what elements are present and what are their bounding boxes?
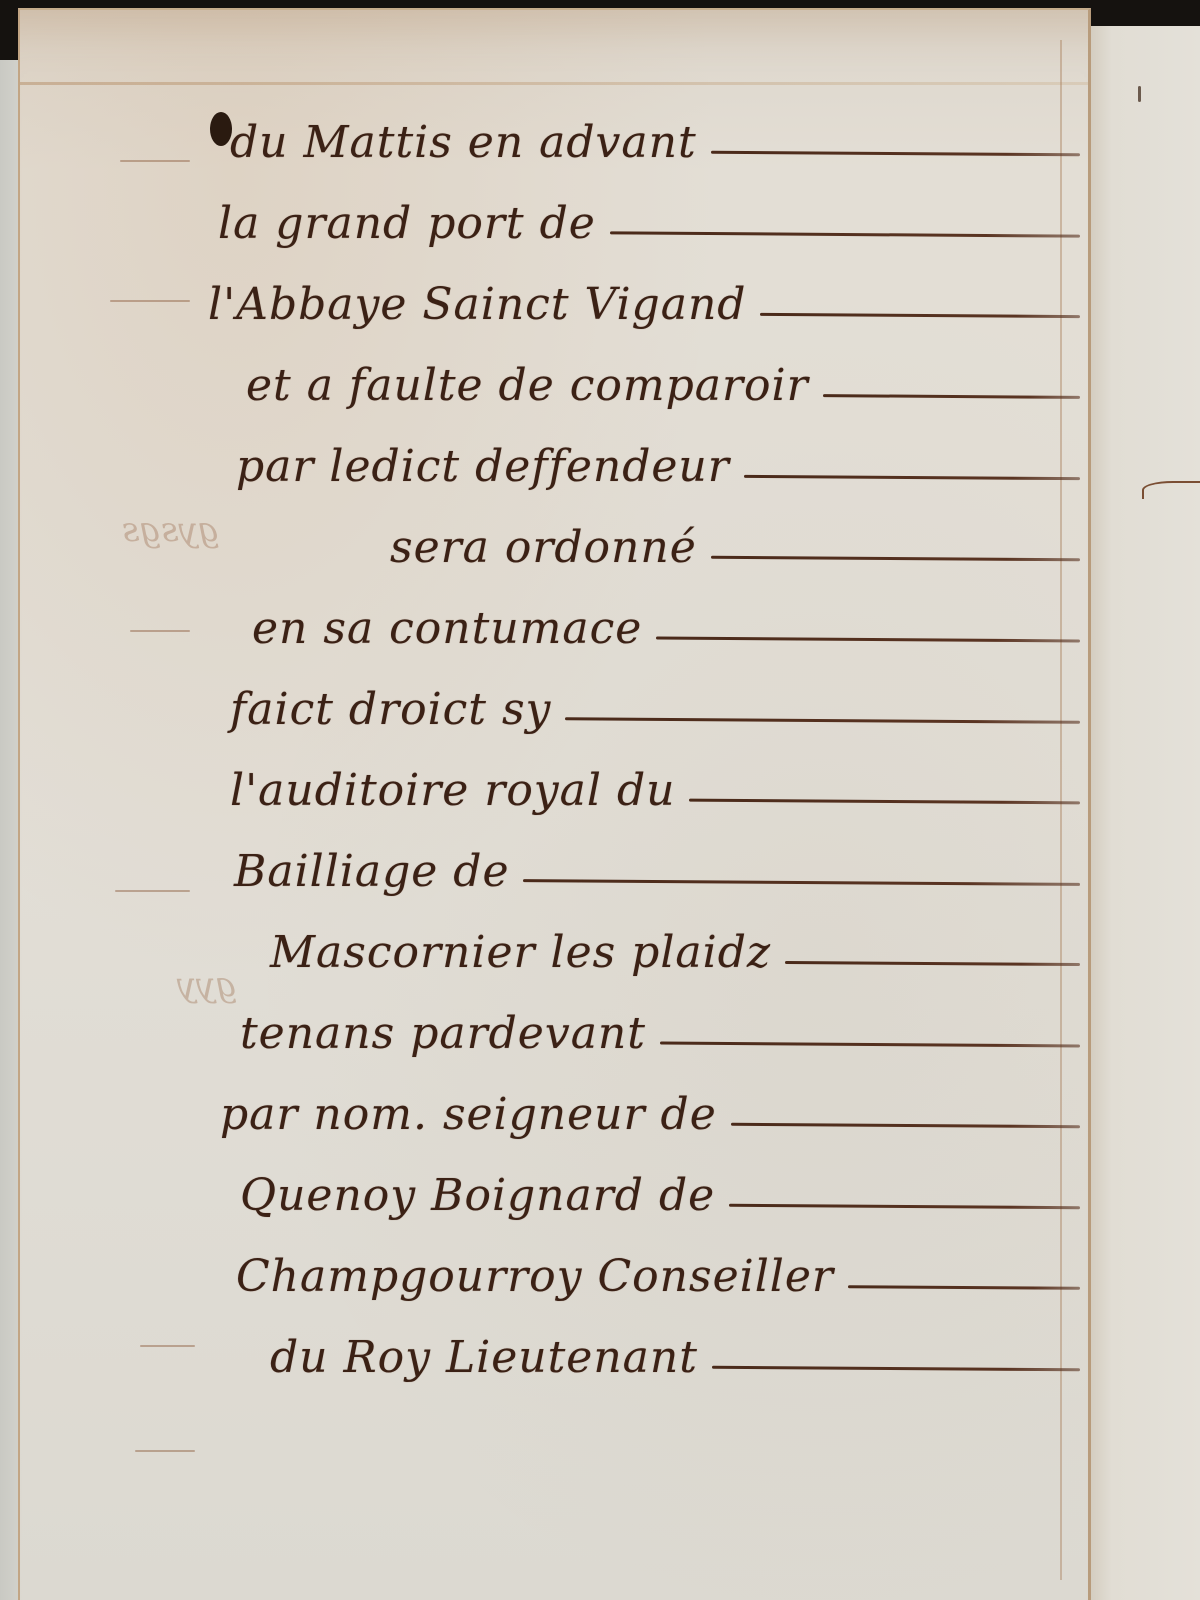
line-filler-stroke: [848, 1285, 1080, 1290]
line-filler-stroke: [823, 394, 1080, 399]
manuscript-line: faict droict sy: [190, 669, 1080, 750]
manuscript-line: sera ordonné: [190, 507, 1080, 588]
manuscript-text: du Mattis en advant la grand port de l'A…: [190, 102, 1080, 1398]
manuscript-line: et a faulte de comparoir: [190, 345, 1080, 426]
ink-mark: [1138, 86, 1141, 102]
line-filler-stroke: [712, 1366, 1080, 1372]
line-text: Bailliage de: [190, 850, 509, 912]
line-filler-stroke: [744, 475, 1080, 480]
line-filler-stroke: [729, 1204, 1080, 1209]
margin-stroke: [135, 1450, 195, 1452]
line-text: du Roy Lieutenant: [190, 1336, 698, 1398]
manuscript-line: la grand port de: [190, 183, 1080, 264]
margin-stroke: [110, 300, 190, 302]
manuscript-line: du Roy Lieutenant: [190, 1317, 1080, 1398]
line-text: l'auditoire royal du: [190, 769, 675, 831]
line-text: du Mattis en advant: [190, 121, 697, 183]
line-filler-stroke: [711, 151, 1080, 157]
line-text: par ledict deffendeur: [190, 445, 730, 507]
line-filler-stroke: [785, 961, 1080, 966]
line-filler-stroke: [523, 879, 1080, 886]
manuscript-line: Bailliage de: [190, 831, 1080, 912]
margin-stroke: [120, 160, 190, 162]
margin-stroke: [130, 630, 190, 632]
line-filler-stroke: [760, 313, 1080, 318]
manuscript-photo: gysgs gyy du Mattis en advant la grand p…: [0, 0, 1200, 1600]
manuscript-line: par nom. seigneur de: [190, 1074, 1080, 1155]
margin-stroke: [140, 1345, 195, 1347]
line-filler-stroke: [660, 1042, 1080, 1048]
ink-curl: [1142, 481, 1200, 499]
line-filler-stroke: [711, 556, 1080, 562]
line-text: l'Abbaye Sainct Vigand: [190, 283, 746, 345]
line-text: sera ordonné: [190, 526, 697, 588]
line-text: Quenoy Boignard de: [190, 1174, 715, 1236]
manuscript-line: l'Abbaye Sainct Vigand: [190, 264, 1080, 345]
line-text: tenans pardevant: [190, 1012, 646, 1074]
line-text: la grand port de: [190, 202, 596, 264]
manuscript-line: par ledict deffendeur: [190, 426, 1080, 507]
line-text: en sa contumace: [190, 607, 642, 669]
manuscript-line: Champgourroy Conseiller: [190, 1236, 1080, 1317]
line-filler-stroke: [731, 1123, 1080, 1128]
manuscript-line: Mascornier les plaidz: [190, 912, 1080, 993]
manuscript-line: du Mattis en advant: [190, 102, 1080, 183]
line-text: faict droict sy: [190, 688, 551, 750]
manuscript-line: tenans pardevant: [190, 993, 1080, 1074]
line-text: Mascornier les plaidz: [190, 931, 771, 993]
line-text: et a faulte de comparoir: [190, 364, 809, 426]
line-text: par nom. seigneur de: [190, 1093, 717, 1155]
facing-page-right: [1080, 26, 1200, 1600]
manuscript-line: en sa contumace: [190, 588, 1080, 669]
fold-crease-top: [20, 82, 1088, 85]
line-text: Champgourroy Conseiller: [190, 1255, 834, 1317]
manuscript-leaf: gysgs gyy du Mattis en advant la grand p…: [18, 8, 1091, 1600]
manuscript-line: l'auditoire royal du: [190, 750, 1080, 831]
line-filler-stroke: [565, 717, 1080, 724]
manuscript-line: Quenoy Boignard de: [190, 1155, 1080, 1236]
line-filler-stroke: [656, 637, 1080, 643]
line-filler-stroke: [689, 799, 1080, 805]
line-filler-stroke: [610, 231, 1080, 237]
margin-stroke: [115, 890, 190, 892]
